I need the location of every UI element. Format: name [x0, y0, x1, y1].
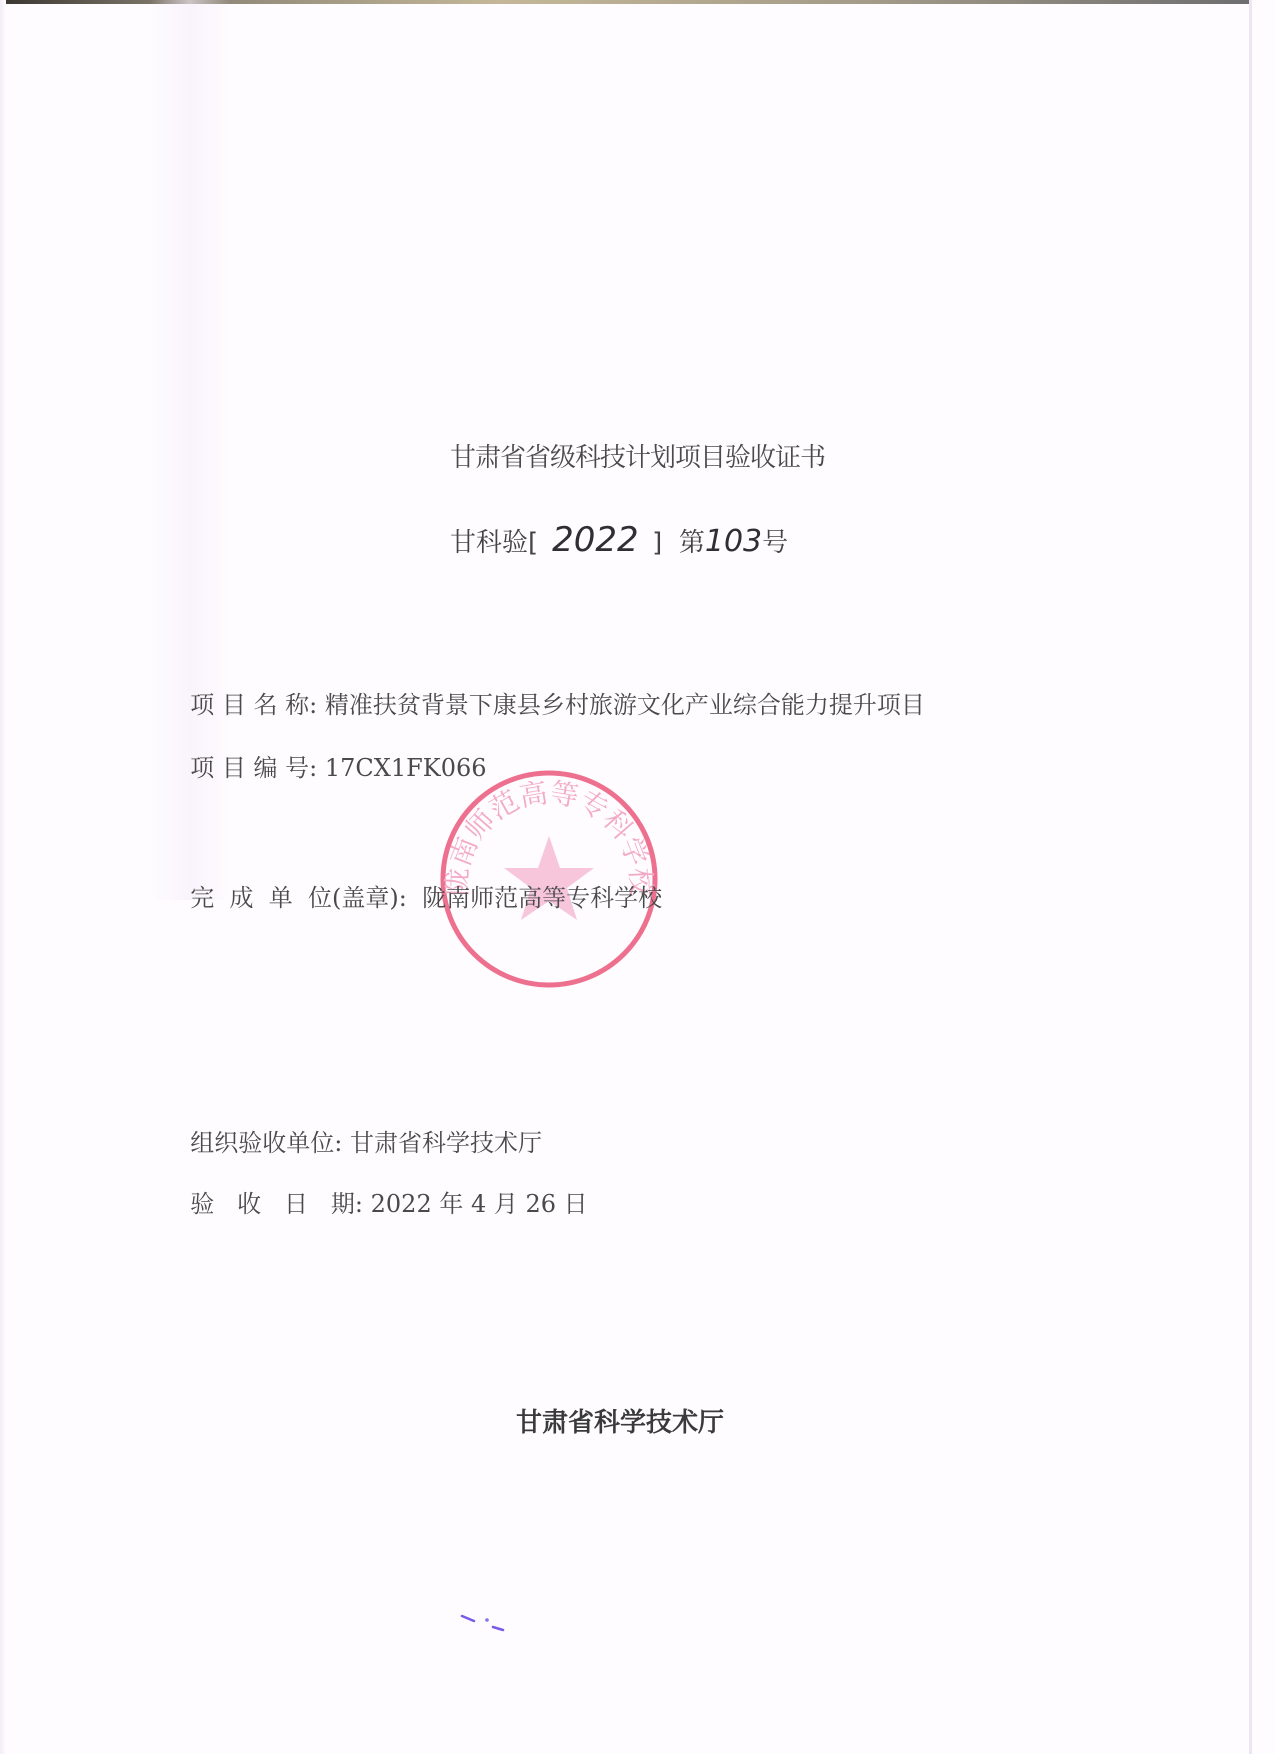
field-value: 陇南师范高等专科学校: [422, 884, 662, 912]
doc-number-bracket: ]: [652, 528, 662, 558]
doc-number-hao: 号: [762, 522, 788, 559]
field-completing-unit: 完 成 单 位(盖章): 陇南师范高等专科学校: [175, 850, 662, 913]
ink-marks: [460, 1612, 520, 1632]
field-value: 甘肃省科学技术厅: [350, 1129, 542, 1157]
doc-number-prefix: 甘科验[: [450, 522, 538, 559]
field-label: 验 收 日 期:: [190, 1190, 370, 1218]
field-project-name: 项 目 名 称: 精准扶贫背景下康县乡村旅游文化产业综合能力提升项目: [175, 657, 925, 720]
field-acceptance-date: 验 收 日 期: 2022 年 4 月 26 日: [175, 1156, 588, 1219]
field-value: 2022 年 4 月 26 日: [371, 1190, 588, 1218]
field-label: 项 目 编 号:: [190, 754, 325, 782]
handwritten-year: 2022: [538, 520, 652, 560]
handwritten-number: 103: [705, 524, 762, 559]
scan-right-edge: [1249, 0, 1252, 1754]
field-organizing-unit: 组织验收单位: 甘肃省科学技术厅: [175, 1095, 542, 1158]
certificate-title: 甘肃省省级科技计划项目验收证书: [0, 437, 1275, 474]
document-number: 甘科验[2022] 第103号: [450, 520, 788, 560]
issuing-organization: 甘肃省科学技术厅: [0, 1402, 1240, 1439]
field-label: 组织验收单位:: [190, 1129, 350, 1157]
scan-left-edge: [0, 0, 6, 1754]
field-value: 精准扶贫背景下康县乡村旅游文化产业综合能力提升项目: [325, 691, 925, 719]
doc-number-di: 第: [679, 522, 705, 559]
field-label: 项 目 名 称:: [190, 691, 325, 719]
field-label: 完 成 单 位(盖章):: [190, 884, 422, 912]
